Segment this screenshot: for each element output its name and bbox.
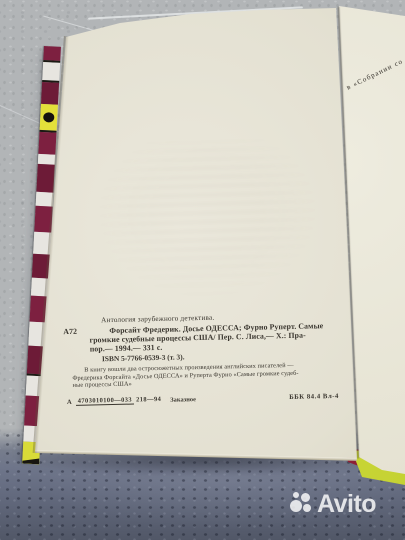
colophon-text-block: Антология зарубежного детектива. А72 Фор…: [61, 311, 341, 406]
avito-logo-icon: [287, 491, 314, 517]
stripe-dot: [43, 112, 55, 123]
stripe-segment: [41, 82, 59, 105]
annotation-paragraph: В книгу вошли два остросюжетных произвед…: [72, 361, 340, 389]
avito-logo-circle: [290, 500, 302, 512]
order-note: Заказное: [170, 396, 196, 404]
print-index-letter: А: [67, 399, 72, 406]
udc-code: А72: [63, 326, 77, 336]
bibliographic-lines: Форсайт Фредерик. Досье ОДЕССА; Фурно Ру…: [89, 320, 340, 353]
avito-logo-circle: [303, 504, 311, 512]
avito-logo-circle: [301, 493, 310, 502]
print-index-denominator: 218—94: [136, 396, 161, 404]
book-photo-scene: в «Собрании со Антология зарубежного дет…: [0, 0, 405, 540]
avito-watermark: Avito: [287, 491, 376, 517]
bbk-code: ББК 84.4 Вл-4: [289, 392, 339, 400]
avito-logo-circle: [293, 492, 299, 498]
stripe-segment: [38, 132, 56, 155]
stripe-segment: [42, 62, 60, 81]
stripe-end-wedge: [22, 454, 39, 464]
stripe-segment: [40, 104, 58, 131]
avito-watermark-label: Avito: [317, 491, 376, 517]
reverse-text-show-through: [93, 137, 322, 303]
stripe-segment: [43, 46, 61, 61]
